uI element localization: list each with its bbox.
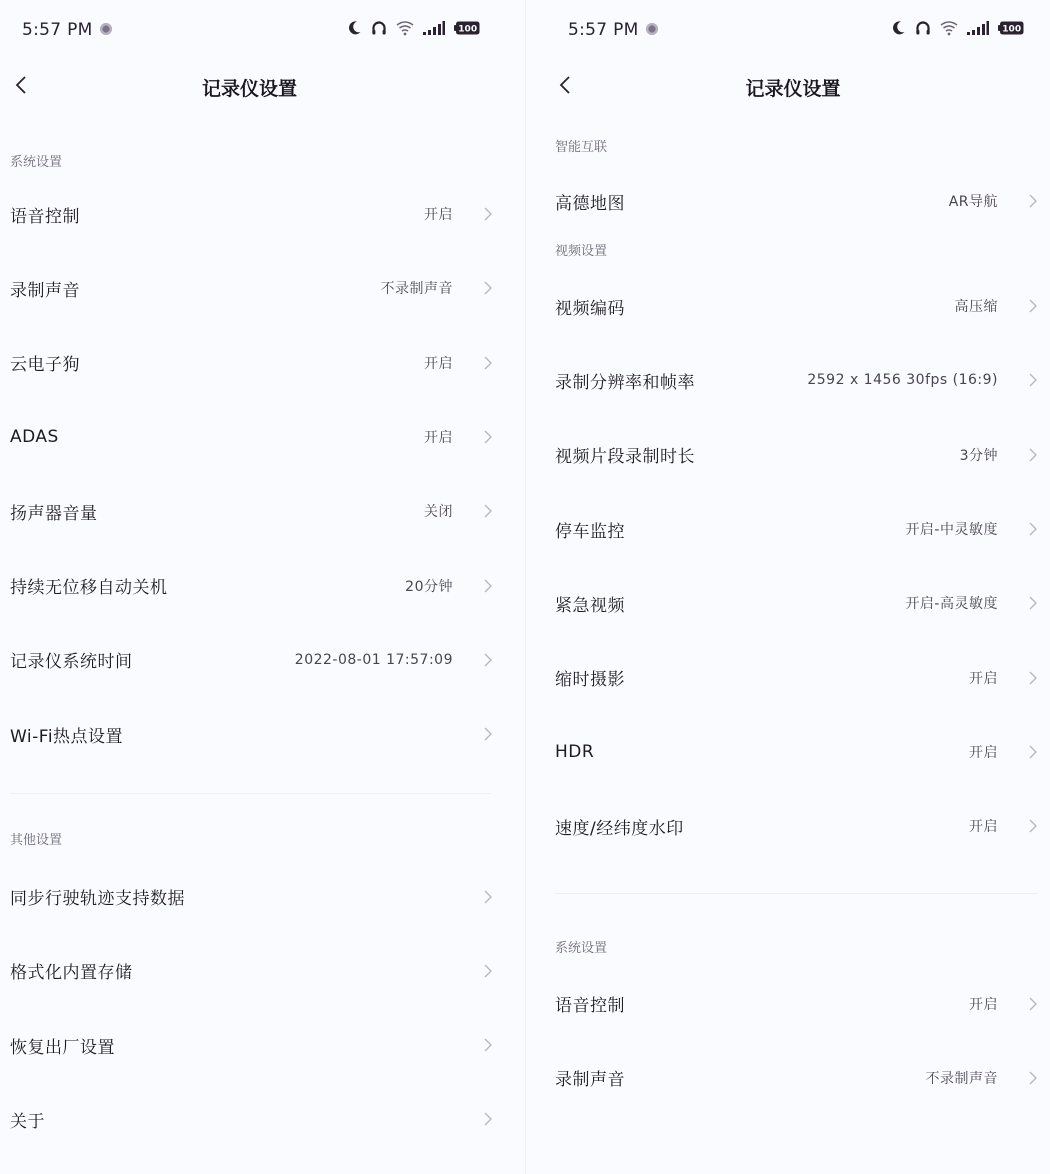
setting-value: 开启: [969, 816, 998, 836]
dual-screenshot: 5:57 PM 100: [0, 0, 1050, 1174]
section-header-system: 系统设置: [526, 938, 1050, 960]
setting-value: 开启: [969, 668, 998, 688]
chevron-right-icon: [1028, 1070, 1038, 1086]
setting-value: 开启: [424, 204, 453, 224]
chevron-right-icon: [483, 280, 493, 296]
setting-value: 开启-高灵敏度: [905, 593, 998, 613]
chevron-right-icon: [1028, 447, 1038, 463]
setting-label: 语音控制: [10, 202, 80, 227]
signal-icon: [423, 21, 445, 35]
wifi-icon: [940, 21, 958, 36]
moon-icon: [891, 20, 906, 36]
setting-speed-gps-watermark[interactable]: 速度/经纬度水印 开启: [526, 789, 1050, 863]
status-time: 5:57 PM: [568, 20, 659, 40]
headphones-icon: [915, 20, 931, 36]
setting-value: 关闭: [424, 501, 453, 521]
moon-icon: [347, 20, 362, 36]
chevron-right-icon: [483, 889, 493, 905]
setting-sync-track-data[interactable]: 同步行驶轨迹支持数据: [0, 859, 525, 933]
setting-video-encoding[interactable]: 视频编码 高压缩: [526, 269, 1050, 343]
setting-value: 不录制声音: [381, 278, 454, 298]
chevron-right-icon: [1028, 372, 1038, 388]
setting-adas[interactable]: ADAS 开启: [0, 400, 525, 474]
setting-label: 视频片段录制时长: [555, 442, 695, 467]
setting-factory-reset[interactable]: 恢复出厂设置: [0, 1008, 525, 1082]
setting-label: 高德地图: [555, 189, 625, 214]
chevron-right-icon: [483, 206, 493, 222]
setting-value: 开启: [424, 353, 453, 373]
chevron-right-icon: [1028, 996, 1038, 1012]
chevron-right-icon: [483, 1111, 493, 1127]
setting-value: 开启-中灵敏度: [905, 519, 998, 539]
section-header-video: 视频设置: [526, 241, 1050, 263]
setting-wifi-hotspot[interactable]: Wi-Fi热点设置: [0, 697, 525, 771]
chevron-right-icon: [483, 578, 493, 594]
setting-cloud-speed-camera[interactable]: 云电子狗 开启: [0, 326, 525, 400]
chevron-right-icon: [1028, 521, 1038, 537]
settings-list: 系统设置 语音控制 开启 录制声音 不录制声音 云电子狗 开启 ADAS 开启: [0, 112, 525, 1157]
section-header-smart-connect: 智能互联: [526, 137, 1050, 159]
wifi-icon: [396, 21, 414, 36]
chevron-right-icon: [483, 963, 493, 979]
setting-format-storage[interactable]: 格式化内置存储: [0, 934, 525, 1008]
setting-parking-monitor[interactable]: 停车监控 开启-中灵敏度: [526, 492, 1050, 566]
setting-value: 开启: [424, 427, 453, 447]
status-bar: 5:57 PM 100: [526, 0, 1050, 60]
setting-label: 持续无位移自动关机: [10, 573, 168, 598]
chevron-right-icon: [483, 355, 493, 371]
setting-value: 高压缩: [955, 296, 999, 316]
nav-bar: 记录仪设置: [526, 60, 1050, 112]
status-icons: 100: [891, 20, 1024, 36]
svg-text:100: 100: [458, 25, 477, 35]
setting-value: AR导航: [949, 191, 998, 211]
setting-record-audio[interactable]: 录制声音 不录制声音: [526, 1041, 1050, 1115]
setting-voice-control[interactable]: 语音控制 开启: [0, 177, 525, 251]
setting-auto-shutdown[interactable]: 持续无位移自动关机 20分钟: [0, 548, 525, 622]
settings-list: 智能互联 高德地图 AR导航 视频设置 视频编码 高压缩 录制分辨率和帧率 25…: [526, 112, 1050, 1115]
chevron-right-icon: [1028, 193, 1038, 209]
setting-label: 视频编码: [555, 294, 625, 319]
setting-value: 不录制声音: [926, 1068, 999, 1088]
chevron-right-icon: [483, 503, 493, 519]
chevron-right-icon: [1028, 744, 1038, 760]
status-icons: 100: [347, 20, 480, 36]
chevron-right-icon: [1028, 670, 1038, 686]
setting-label: 语音控制: [555, 991, 625, 1016]
setting-emergency-video[interactable]: 紧急视频 开启-高灵敏度: [526, 566, 1050, 640]
chevron-right-icon: [483, 1037, 493, 1053]
notification-icon: [99, 22, 113, 36]
page-title: 记录仪设置: [0, 74, 525, 101]
setting-label: Wi-Fi热点设置: [10, 722, 123, 747]
setting-label: 关于: [10, 1107, 45, 1132]
setting-label: 恢复出厂设置: [10, 1033, 115, 1058]
setting-value: 20分钟: [405, 576, 453, 596]
setting-system-time[interactable]: 记录仪系统时间 2022-08-01 17:57:09: [0, 623, 525, 697]
svg-text:100: 100: [1002, 25, 1021, 35]
setting-amap[interactable]: 高德地图 AR导航: [526, 161, 1050, 241]
setting-voice-control[interactable]: 语音控制 开启: [526, 966, 1050, 1040]
setting-label: HDR: [555, 742, 594, 762]
setting-label: 停车监控: [555, 517, 625, 542]
section-header-system: 系统设置: [0, 152, 525, 174]
setting-label: 云电子狗: [10, 350, 80, 375]
setting-value: 2592 x 1456 30fps (16:9): [807, 372, 998, 388]
battery-icon: 100: [454, 21, 480, 35]
setting-label: 录制声音: [555, 1065, 625, 1090]
status-time: 5:57 PM: [22, 20, 113, 40]
setting-hdr[interactable]: HDR 开启: [526, 715, 1050, 789]
setting-resolution-framerate[interactable]: 录制分辨率和帧率 2592 x 1456 30fps (16:9): [526, 343, 1050, 417]
setting-record-audio[interactable]: 录制声音 不录制声音: [0, 251, 525, 325]
setting-value: 2022-08-01 17:57:09: [295, 652, 453, 668]
setting-label: 缩时摄影: [555, 665, 625, 690]
setting-value: 开启: [969, 994, 998, 1014]
notification-icon: [645, 22, 659, 36]
setting-clip-duration[interactable]: 视频片段录制时长 3分钟: [526, 418, 1050, 492]
chevron-right-icon: [1028, 595, 1038, 611]
setting-label: 录制分辨率和帧率: [555, 368, 695, 393]
signal-icon: [967, 21, 989, 35]
setting-label: 格式化内置存储: [10, 958, 133, 983]
setting-value: 3分钟: [960, 445, 998, 465]
chevron-right-icon: [483, 726, 493, 742]
setting-label: ADAS: [10, 427, 59, 447]
setting-label: 速度/经纬度水印: [555, 814, 684, 839]
chevron-right-icon: [1028, 818, 1038, 834]
setting-label: 记录仪系统时间: [10, 647, 133, 672]
section-header-other: 其他设置: [0, 830, 525, 852]
setting-timelapse[interactable]: 缩时摄影 开启: [526, 640, 1050, 714]
setting-label: 录制声音: [10, 276, 80, 301]
headphones-icon: [371, 20, 387, 36]
chevron-right-icon: [483, 429, 493, 445]
setting-value: 开启: [969, 742, 998, 762]
chevron-right-icon: [1028, 298, 1038, 314]
status-bar: 5:57 PM 100: [0, 0, 525, 60]
setting-speaker-volume[interactable]: 扬声器音量 关闭: [0, 474, 525, 548]
battery-icon: 100: [998, 21, 1024, 35]
setting-label: 扬声器音量: [10, 499, 98, 524]
setting-label: 紧急视频: [555, 591, 625, 616]
left-screen: 5:57 PM 100: [0, 0, 525, 1174]
right-screen: 5:57 PM 100: [525, 0, 1050, 1174]
chevron-right-icon: [483, 652, 493, 668]
setting-about[interactable]: 关于: [0, 1082, 525, 1156]
setting-label: 同步行驶轨迹支持数据: [10, 884, 185, 909]
page-title: 记录仪设置: [526, 74, 1050, 101]
nav-bar: 记录仪设置: [0, 60, 525, 112]
